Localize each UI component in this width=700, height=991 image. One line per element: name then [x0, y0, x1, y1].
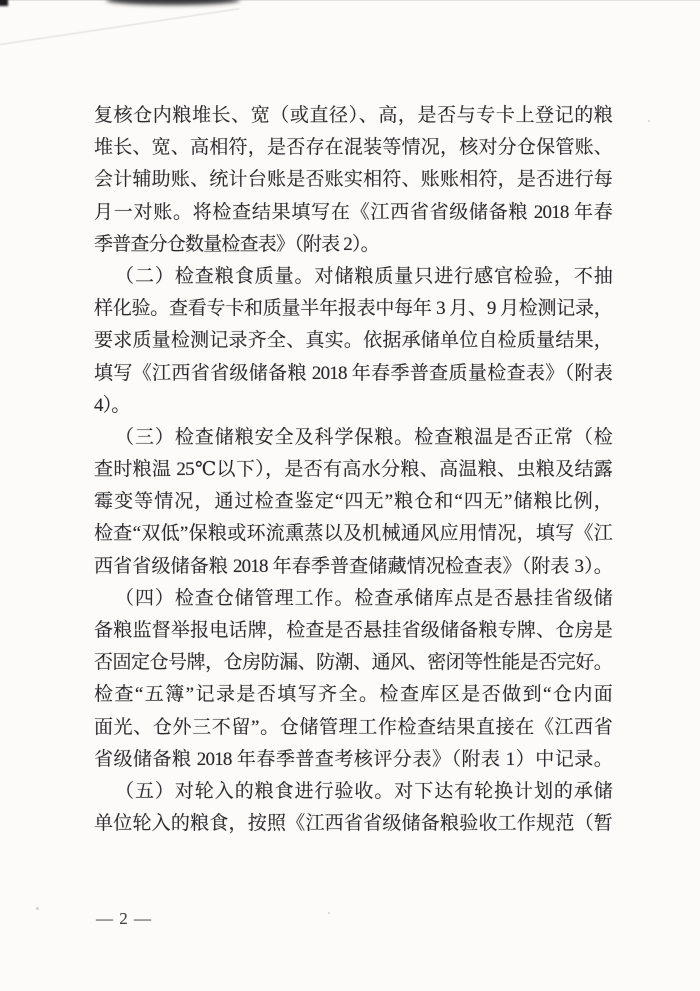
text-line: 单位轮入的粮食，按照《江西省省级储备粮验收工作规范（暂: [94, 808, 612, 840]
scan-artifact-top-smudge: [106, 0, 240, 5]
scan-speck: [36, 907, 39, 910]
text-line: 要求质量检测记录齐全、真实。依据承储单位自检质量结果，: [94, 325, 612, 357]
text-line: 填写《江西省省级储备粮 2018 年春季普查质量检查表》（附表: [94, 358, 612, 390]
text-line: 检查“双低”保粮或环流熏蒸以及机械通风应用情况，填写《江: [94, 518, 612, 550]
text-line: 样化验。查看专卡和质量半年报表中每年 3 月、9 月检测记录，: [94, 293, 612, 325]
text-line: 4）。: [94, 390, 612, 422]
scan-top-edge-line: [0, 0, 700, 1]
paragraph: （五）对轮入的粮食进行验收。对下达有轮换计划的承储 单位轮入的粮食，按照《江西省…: [94, 776, 612, 840]
scan-artifact-crease-line: [0, 8, 239, 45]
document-page-body: 复核仓内粮堆长、宽（或直径）、高，是否与专卡上登记的粮 堆长、宽、高相符，是否存…: [94, 100, 612, 840]
text-line: 复核仓内粮堆长、宽（或直径）、高，是否与专卡上登记的粮: [94, 100, 612, 132]
text-line: 西省省级储备粮 2018 年春季普查储藏情况检查表》（附表 3）。: [94, 551, 612, 583]
page-number: — 2 —: [96, 908, 152, 930]
text-line: 霉变等情况，通过检查鉴定“四无”粮仓和“四无”储粮比例，: [94, 486, 612, 518]
paragraph: （四）检查仓储管理工作。检查承储库点是否悬挂省级储 备粮监督举报电话牌，检查是否…: [94, 583, 612, 776]
scan-artifact-corner-mark: [0, 0, 8, 6]
text-line: （二）检查粮食质量。对储粮质量只进行感官检验，不抽: [94, 261, 612, 293]
paragraph: 复核仓内粮堆长、宽（或直径）、高，是否与专卡上登记的粮 堆长、宽、高相符，是否存…: [94, 100, 612, 261]
scan-speck: [328, 912, 330, 914]
text-line: 否固定仓号牌，仓房防漏、防潮、通风、密闭等性能是否完好。: [94, 647, 612, 679]
text-line: 省级储备粮 2018 年春季普查考核评分表》（附表 1）中记录。: [94, 744, 612, 776]
text-line: （五）对轮入的粮食进行验收。对下达有轮换计划的承储: [94, 776, 612, 808]
text-line: 检查“五簿”记录是否填写齐全。检查库区是否做到“仓内面: [94, 679, 612, 711]
text-line: 会计辅助账、统计台账是否账实相符、账账相符，是否进行每: [94, 164, 612, 196]
text-line: 面光、仓外三不留”。仓储管理工作检查结果直接在《江西省: [94, 712, 612, 744]
text-line: 堆长、宽、高相符，是否存在混装等情况，核对分仓保管账、: [94, 132, 612, 164]
text-line: 备粮监督举报电话牌，检查是否悬挂省级储备粮专牌、仓房是: [94, 615, 612, 647]
paragraph: （二）检查粮食质量。对储粮质量只进行感官检验，不抽 样化验。查看专卡和质量半年报…: [94, 261, 612, 422]
scan-speck: [648, 120, 650, 122]
text-line: 月一对账。将检查结果填写在《江西省省级储备粮 2018 年春: [94, 197, 612, 229]
text-line: 查时粮温 25℃以下），是否有高水分粮、高温粮、虫粮及结露: [94, 454, 612, 486]
text-line: （四）检查仓储管理工作。检查承储库点是否悬挂省级储: [94, 583, 612, 615]
paragraph: （三）检查储粮安全及科学保粮。检查粮温是否正常（检 查时粮温 25℃以下），是否…: [94, 422, 612, 583]
text-line: 季普查分仓数量检查表》（附表 2）。: [94, 229, 612, 261]
text-line: （三）检查储粮安全及科学保粮。检查粮温是否正常（检: [94, 422, 612, 454]
